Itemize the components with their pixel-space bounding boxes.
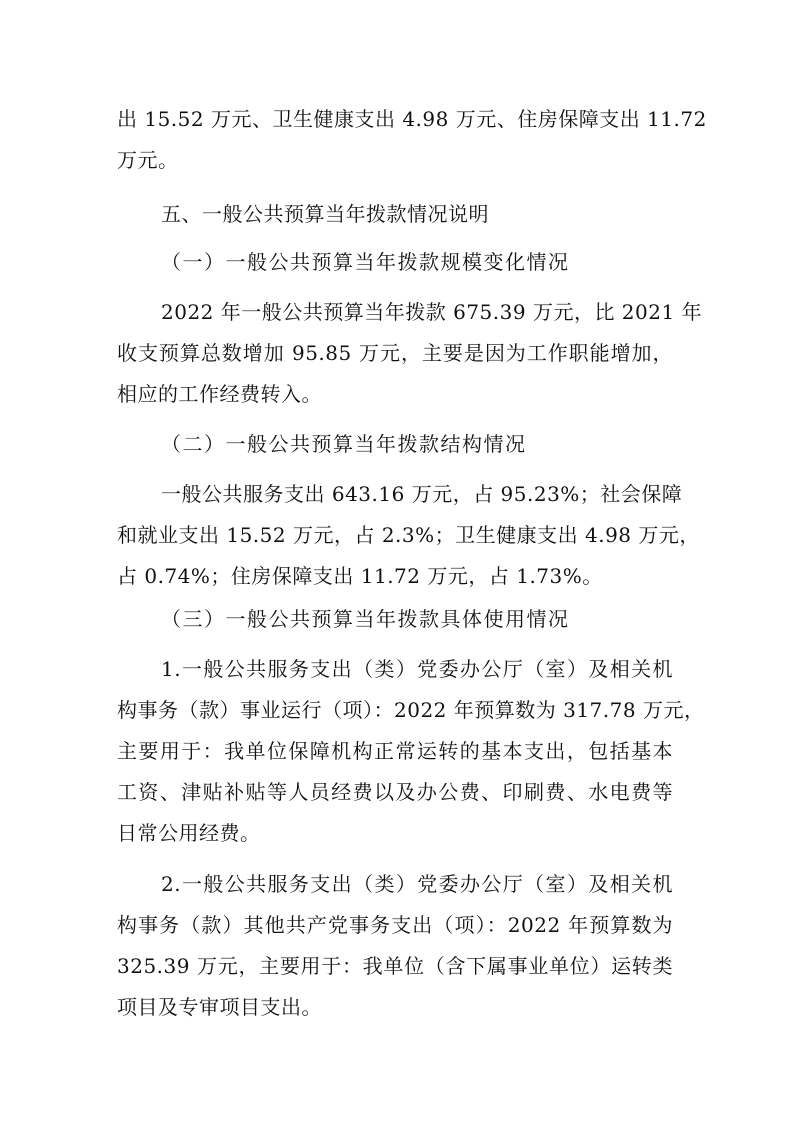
paragraph-line: 万元。 xyxy=(117,146,179,174)
paragraph-line: 日常公用经费。 xyxy=(117,819,261,847)
section-title: 五、一般公共预算当年拨款情况说明 xyxy=(161,200,489,228)
subsection-title-2: （二）一般公共预算当年拨款结构情况 xyxy=(161,430,527,458)
paragraph-line: 项目及专审项目支出。 xyxy=(117,993,322,1021)
paragraph-line: 主要用于：我单位保障机构正常运转的基本支出，包括基本 xyxy=(117,737,673,765)
paragraph-line: 和就业支出 15.52 万元，占 2.3%；卫生健康支出 4.98 万元， xyxy=(117,521,673,549)
subsection-title-1: （一）一般公共预算当年拨款规模变化情况 xyxy=(161,248,570,276)
paragraph-line: 工资、津贴补贴等人员经费以及办公费、印刷费、水电费等 xyxy=(117,778,673,806)
paragraph-line: 2022 年一般公共预算当年拨款 675.39 万元，比 2021 年 xyxy=(161,298,673,326)
paragraph-line: 325.39 万元，主要用于：我单位（含下属事业单位）运转类 xyxy=(117,952,673,980)
subsection-title-3: （三）一般公共预算当年拨款具体使用情况 xyxy=(161,605,570,633)
paragraph-line: 出 15.52 万元、卫生健康支出 4.98 万元、住房保障支出 11.72 xyxy=(117,105,673,133)
paragraph-line: 2.一般公共服务支出（类）党委办公厅（室）及相关机 xyxy=(161,870,673,898)
paragraph-line: 占 0.74%；住房保障支出 11.72 万元，占 1.73%。 xyxy=(117,562,603,590)
paragraph-line: 构事务（款）其他共产党事务支出（项）：2022 年预算数为 xyxy=(117,911,673,939)
paragraph-line: 1.一般公共服务支出（类）党委办公厅（室）及相关机 xyxy=(161,655,673,683)
paragraph-line: 收支预算总数增加 95.85 万元，主要是因为工作职能增加， xyxy=(117,339,673,367)
paragraph-line: 一般公共服务支出 643.16 万元，占 95.23%；社会保障 xyxy=(161,480,673,508)
paragraph-line: 构事务（款）事业运行（项）：2022 年预算数为 317.78 万元， xyxy=(117,696,673,724)
paragraph-line: 相应的工作经费转入。 xyxy=(117,380,322,408)
